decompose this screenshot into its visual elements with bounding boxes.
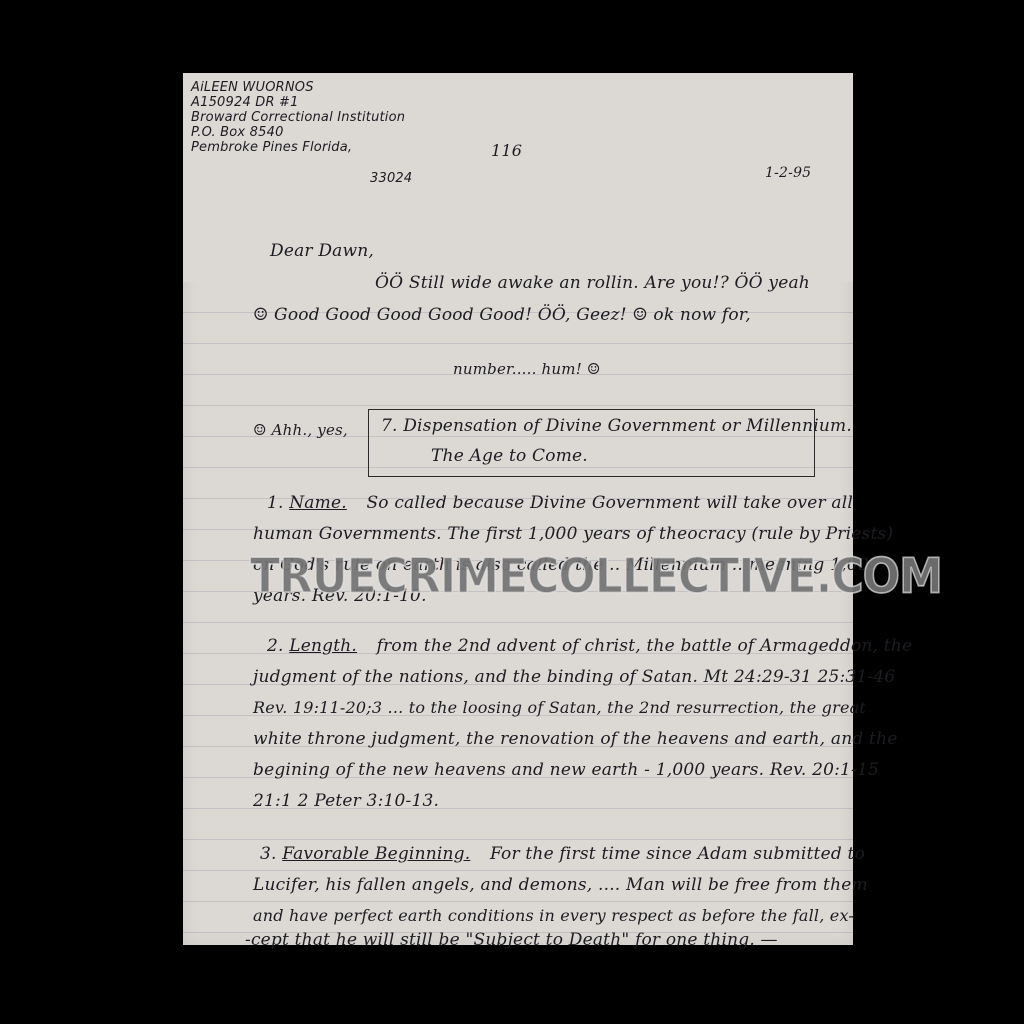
salutation: Dear Dawn, [270,241,374,261]
section-1-line-2: human Governments. The first 1,000 years… [253,524,893,544]
inmate-number: A150924 DR #1 [191,95,405,110]
section-2-line-6: 21:1 2 Peter 3:10-13. [253,791,439,811]
city-state: Pembroke Pines Florida, [191,140,405,155]
section-3-line-4: -cept that he will still be "Subject to … [245,930,778,950]
boxed-heading: 7. Dispensation of Divine Government or … [368,409,815,477]
watermark: TRUECRIMECOLLECTIVE.COM [250,548,780,604]
section-2-number: 2. [267,636,284,656]
section-3-line-2: Lucifer, his fallen angels, and demons, … [253,875,868,895]
section-2-line-1: from the 2nd advent of christ, the battl… [377,636,913,656]
section-2-title: Length. [289,636,357,656]
section-3-line-3: and have perfect earth conditions in eve… [253,906,854,925]
section-lead: ☺ Ahh., yes, [253,421,348,439]
section-3-heading: 3. Favorable Beginning. For the first ti… [260,844,865,864]
zip-code: 33024 [370,171,412,186]
section-1-heading: 1. Name. So called because Divine Govern… [267,493,853,513]
intro-line-1: ÖÖ Still wide awake an rollin. Are you!?… [375,273,810,293]
po-box: P.O. Box 8540 [191,125,405,140]
section-2-heading: 2. Length. from the 2nd advent of christ… [267,636,912,656]
heading-line-1: 7. Dispensation of Divine Government or … [381,416,852,436]
return-address: AiLEEN WUORNOS A150924 DR #1 Broward Cor… [191,80,405,155]
sender-name: AiLEEN WUORNOS [191,80,405,95]
section-3-line-1: For the first time since Adam submitted … [490,844,865,864]
intro-line-3: number..... hum! ☺ [453,360,601,378]
page-number: 116 [491,141,522,160]
section-2-line-4: white throne judgment, the renovation of… [253,729,898,749]
institution: Broward Correctional Institution [191,110,405,125]
section-3-number: 3. [260,844,277,864]
letter-date: 1-2-95 [765,165,811,181]
letter-page: AiLEEN WUORNOS A150924 DR #1 Broward Cor… [183,73,853,945]
section-1-title: Name. [289,493,347,513]
section-2-line-3: Rev. 19:11-20;3 ... to the loosing of Sa… [253,698,866,717]
intro-line-2: ☺ Good Good Good Good Good! ÖÖ, Geez! ☺ … [253,305,751,325]
section-1-number: 1. [267,493,284,513]
section-2-line-5: begining of the new heavens and new eart… [253,760,879,780]
section-3-title: Favorable Beginning. [282,844,470,864]
section-1-line-1: So called because Divine Government will… [366,493,853,513]
heading-line-2: The Age to Come. [431,446,588,466]
section-2-line-2: judgment of the nations, and the binding… [253,667,895,687]
